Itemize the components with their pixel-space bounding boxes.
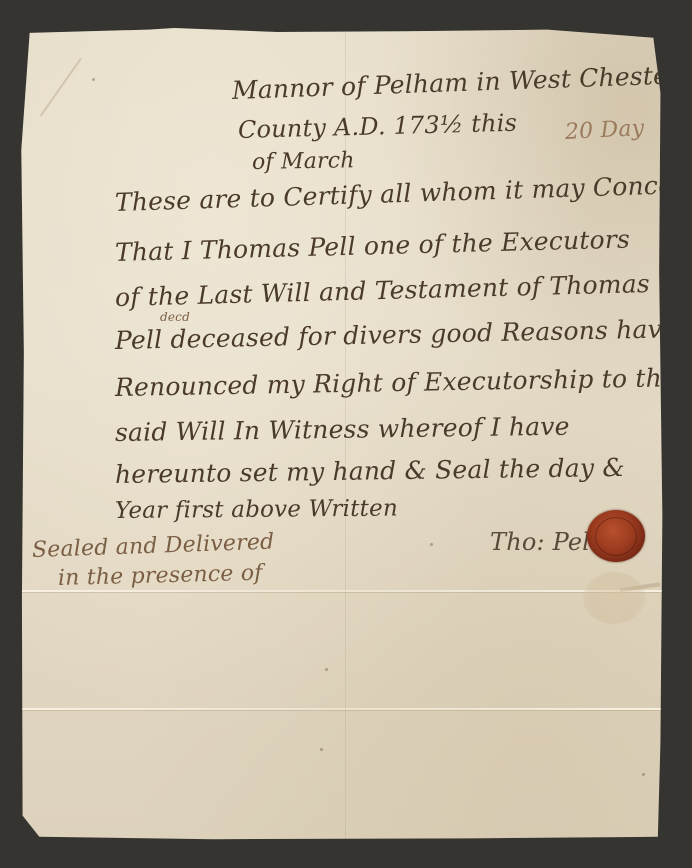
- body-line-4: Pell deceased for divers good Reasons ha…: [115, 314, 692, 355]
- horizontal-fold: [20, 708, 663, 710]
- paper-spot: [325, 668, 328, 671]
- document-viewer: Mannor of Pelham in West Chester County …: [0, 0, 692, 868]
- body-line-2: That I Thomas Pell one of the Executors: [115, 225, 631, 267]
- paper-spot: [320, 748, 323, 751]
- wax-seal: [587, 510, 645, 562]
- paper-spot: [430, 543, 433, 546]
- heading-day-insert: 20 Day: [564, 116, 645, 145]
- horizontal-fold: [20, 590, 663, 592]
- paper-crease: [40, 58, 82, 116]
- body-line-7: hereunto set my hand & Seal the day &: [115, 453, 625, 489]
- body-line-3: of the Last Will and Testament of Thomas: [115, 269, 651, 312]
- body-line-6: said Will In Witness whereof I have: [115, 412, 570, 447]
- attestation-line-1: Sealed and Delivered: [32, 530, 275, 563]
- heading-line-1: Mannor of Pelham in West Chester: [231, 60, 680, 105]
- heading-line-2: County A.D. 173½ this: [238, 109, 518, 144]
- paper-spot: [92, 78, 95, 81]
- body-line-5: Renounced my Right of Executorship to th…: [115, 363, 677, 402]
- signature: Tho: Pell: [490, 528, 598, 556]
- body-line-8: Year first above Written: [115, 496, 398, 524]
- manuscript-page: Mannor of Pelham in West Chester County …: [20, 28, 663, 840]
- paper-spot: [642, 773, 645, 776]
- wax-seal-ring: [595, 517, 637, 556]
- interlineation: decd: [160, 310, 190, 324]
- body-line-1: These are to Certify all whom it may Con…: [115, 170, 692, 217]
- seal-stain: [583, 572, 645, 624]
- heading-line-3: of March: [252, 148, 355, 175]
- attestation-line-2: in the presence of: [58, 561, 263, 591]
